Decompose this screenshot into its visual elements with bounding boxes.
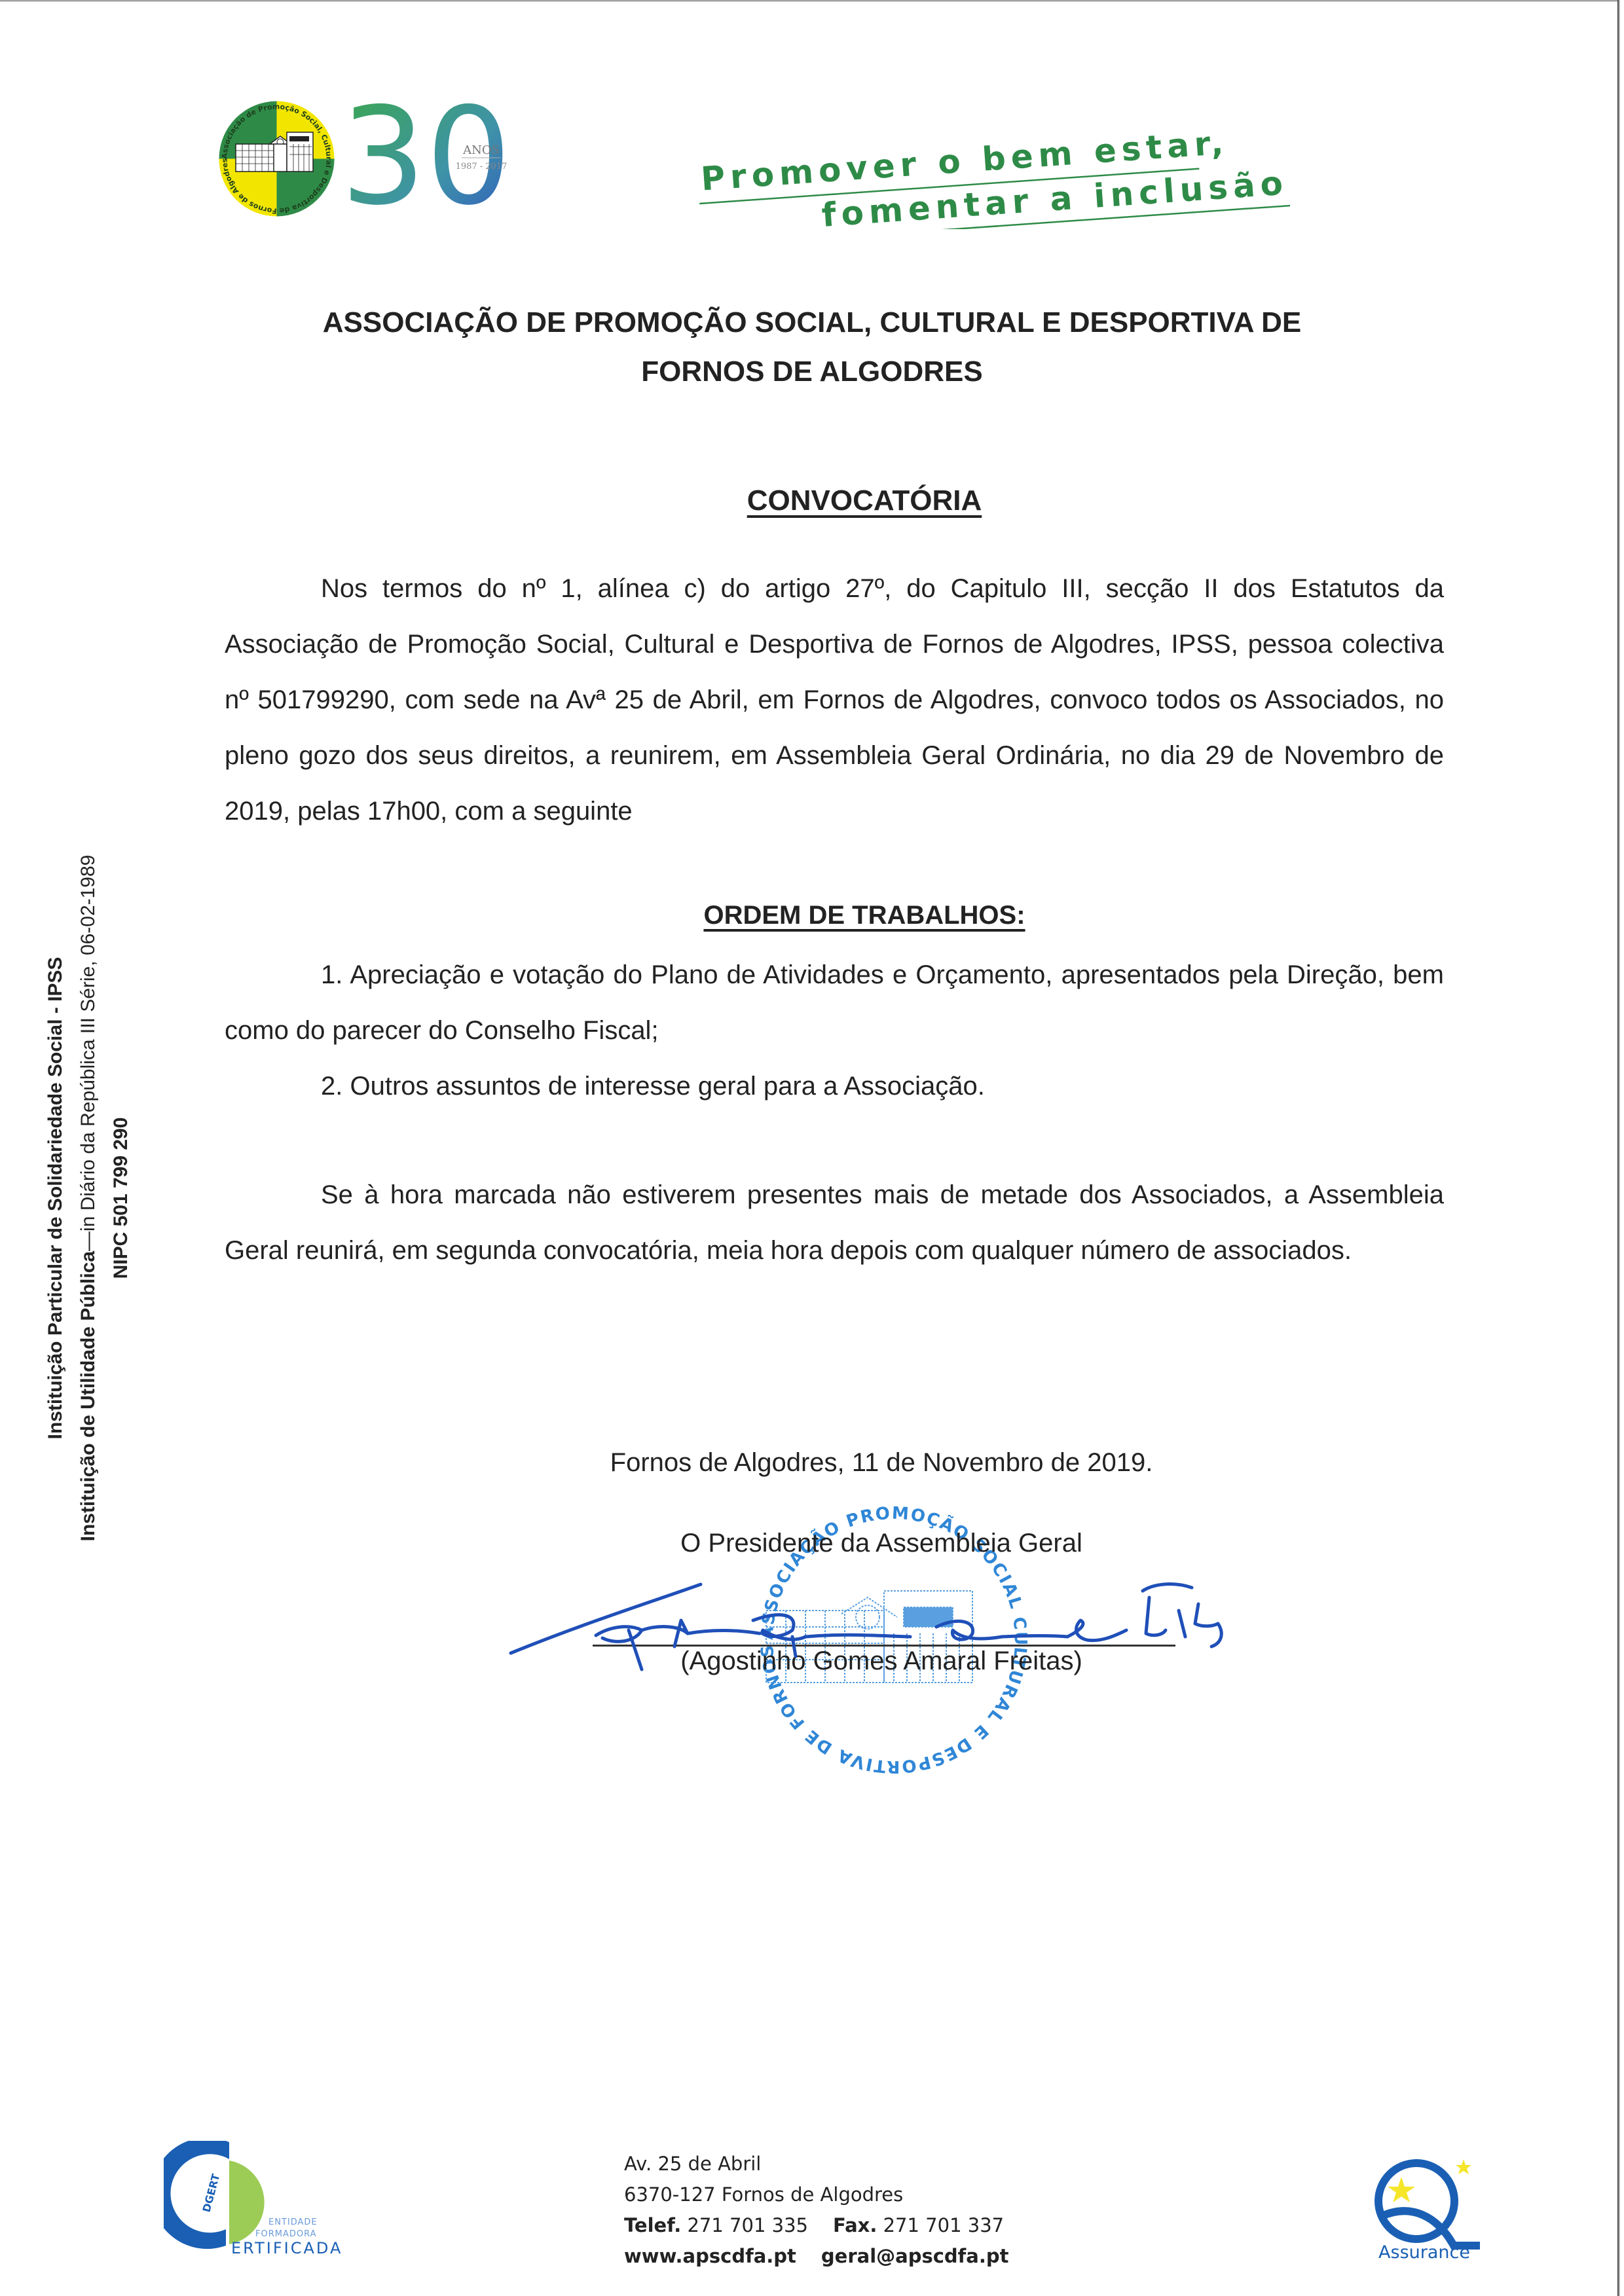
- agenda-list: 1. Apreciação e votação do Plano de Ativ…: [225, 947, 1444, 1114]
- star-icon: [1388, 2177, 1415, 2202]
- association-logo: Associação de Promoção Social, Cultural …: [216, 98, 337, 219]
- organization-title-line1: ASSOCIAÇÃO DE PROMOÇÃO SOCIAL, CULTURAL …: [0, 298, 1624, 347]
- svg-text:FORMADORA: FORMADORA: [255, 2229, 317, 2239]
- email-link[interactable]: geral@apscdfa.pt: [821, 2245, 1009, 2267]
- organization-title: ASSOCIAÇÃO DE PROMOÇÃO SOCIAL, CULTURAL …: [0, 298, 1624, 396]
- anniversary-logo: 30 ANOS 1987 - 2017: [341, 92, 537, 223]
- quality-assurance-label: Assurance: [1365, 2242, 1483, 2263]
- footer-address-city: 6370-127 Fornos de Algodres: [624, 2179, 1009, 2210]
- quorum-paragraph: Se à hora marcada não estiverem presente…: [225, 1167, 1444, 1279]
- side-note-nipc: NIPC 501 799 290: [105, 773, 138, 1624]
- website-link[interactable]: www.apscdfa.pt: [624, 2245, 796, 2267]
- side-note-ipss: Instituição Particular de Solidariedade …: [39, 773, 72, 1624]
- intro-paragraph: Nos termos do nº 1, alínea c) do artigo …: [225, 561, 1444, 839]
- agenda-heading: ORDEM DE TRABALHOS:: [0, 901, 1624, 930]
- svg-text:ENTIDADE: ENTIDADE: [268, 2217, 318, 2227]
- side-note-public-utility: Instituição de Utilidade Pública—in Diár…: [72, 773, 105, 1624]
- scan-edge-top: [0, 0, 1617, 2]
- anniversary-label: ANOS: [462, 143, 500, 157]
- place-date: Fornos de Algodres, 11 de Novembro de 20…: [0, 1448, 1624, 1478]
- footer-web-email: www.apscdfa.ptgeral@apscdfa.pt: [624, 2241, 1009, 2272]
- slogan: Promover o bem estar, fomentar a inclusã…: [688, 98, 1290, 229]
- legal-side-note: Instituição Particular de Solidariedade …: [39, 773, 157, 1624]
- footer-phone-fax: Telef. 271 701 335Fax. 271 701 337: [624, 2210, 1009, 2241]
- svg-text:ERTIFICADA: ERTIFICADA: [231, 2239, 341, 2257]
- footer-contact: Av. 25 de Abril 6370-127 Fornos de Algod…: [624, 2149, 1009, 2272]
- footer-address-street: Av. 25 de Abril: [624, 2149, 1009, 2179]
- signatory-role: O Presidente da Assembleia Geral: [0, 1529, 1624, 1558]
- agenda-item-1: 1. Apreciação e votação do Plano de Ativ…: [225, 947, 1444, 1059]
- organization-title-line2: FORNOS DE ALGODRES: [0, 347, 1624, 396]
- anniversary-years: 1987 - 2017: [456, 162, 507, 172]
- document-heading: CONVOCATÓRIA: [0, 484, 1624, 517]
- agenda-item-2: 2. Outros assuntos de interesse geral pa…: [225, 1059, 1444, 1114]
- intro-paragraph-block: Nos termos do nº 1, alínea c) do artigo …: [225, 561, 1444, 839]
- handwritten-signature: [504, 1565, 1290, 1696]
- quorum-paragraph-block: Se à hora marcada não estiverem presente…: [225, 1167, 1444, 1279]
- star-icon-small: [1456, 2159, 1471, 2174]
- dgert-certified-logo: DGERT ENTIDADE FORMADORA ERTIFICADA: [164, 2141, 341, 2259]
- svg-text:DGERT: DGERT: [200, 2172, 223, 2214]
